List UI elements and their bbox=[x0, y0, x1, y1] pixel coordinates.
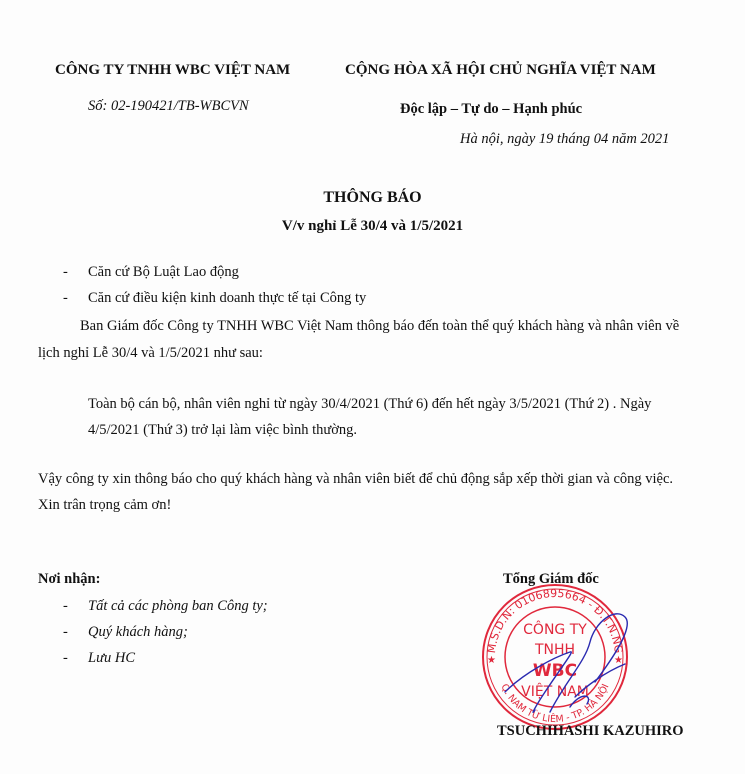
nation-title: CỘNG HÒA XÃ HỘI CHỦ NGHĨA VIỆT NAM bbox=[345, 62, 656, 79]
bullet-dash: - bbox=[63, 290, 68, 307]
svg-text:CÔNG TY: CÔNG TY bbox=[523, 620, 587, 638]
basis-item: Căn cứ Bộ Luật Lao động bbox=[88, 264, 239, 281]
place-date: Hà nội, ngày 19 tháng 04 năm 2021 bbox=[460, 131, 669, 148]
holiday-detail-line: Toàn bộ cán bộ, nhân viên nghỉ từ ngày 3… bbox=[88, 396, 651, 413]
recipients-label: Nơi nhận: bbox=[38, 571, 100, 588]
intro-paragraph-line: Ban Giám đốc Công ty TNHH WBC Việt Nam t… bbox=[80, 318, 679, 335]
recipient-item: Quý khách hàng; bbox=[88, 624, 188, 641]
svg-text:★: ★ bbox=[614, 655, 623, 666]
svg-text:★: ★ bbox=[487, 655, 496, 666]
bullet-dash: - bbox=[63, 264, 68, 281]
recipient-item: Lưu HC bbox=[88, 650, 135, 667]
basis-item: Căn cứ điều kiện kinh doanh thực tế tại … bbox=[88, 290, 366, 307]
intro-paragraph-line: lịch nghỉ Lễ 30/4 và 1/5/2021 như sau: bbox=[38, 345, 263, 362]
document-number: Số: 02-190421/TB-WBCVN bbox=[88, 98, 249, 115]
document-title: THÔNG BÁO bbox=[0, 189, 745, 207]
bullet-dash: - bbox=[63, 598, 68, 615]
holiday-detail-line: 4/5/2021 (Thứ 3) trở lại làm việc bình t… bbox=[88, 422, 357, 439]
document-subject: V/v nghỉ Lễ 30/4 và 1/5/2021 bbox=[0, 218, 745, 235]
closing-line: Vậy công ty xin thông báo cho quý khách … bbox=[38, 471, 673, 488]
national-motto: Độc lập – Tự do – Hạnh phúc bbox=[400, 101, 582, 118]
recipient-item: Tất cả các phòng ban Công ty; bbox=[88, 598, 268, 615]
bullet-dash: - bbox=[63, 650, 68, 667]
svg-text:TNHH: TNHH bbox=[534, 642, 575, 658]
bullet-dash: - bbox=[63, 624, 68, 641]
closing-line: Xin trân trọng cảm ơn! bbox=[38, 497, 171, 514]
signer-name: TSUCHIHASHI KAZUHIRO bbox=[497, 723, 684, 740]
company-name: CÔNG TY TNHH WBC VIỆT NAM bbox=[55, 62, 290, 79]
company-stamp: M.S.D.N: 0106895664 - Đ.T.N.NG Q. NAM TỪ… bbox=[475, 582, 635, 732]
